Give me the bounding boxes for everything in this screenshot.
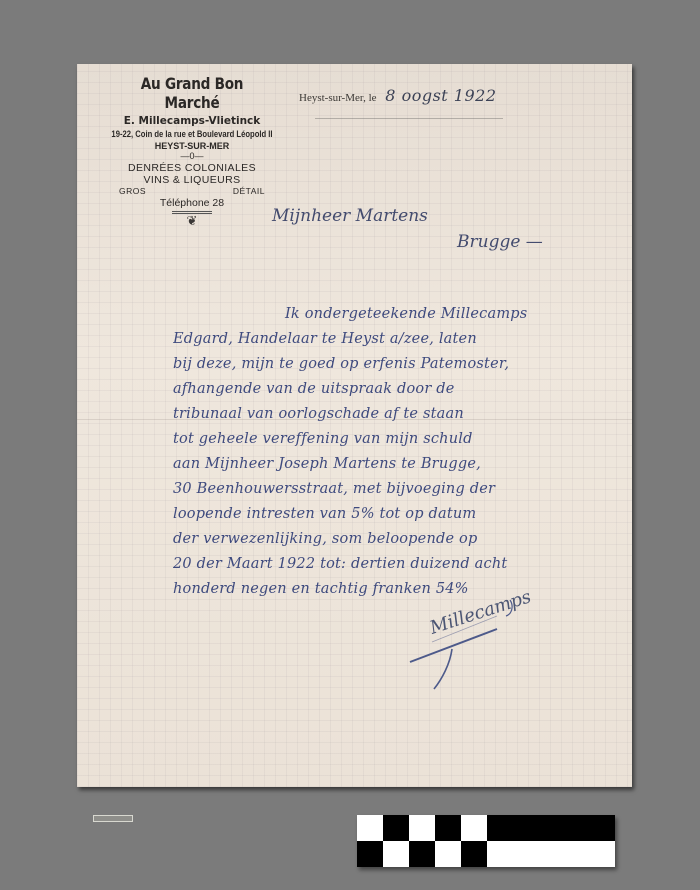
letterhead-separator: —0—	[97, 151, 287, 161]
body-line: loopende intresten van 5% tot op datum	[173, 502, 628, 527]
letterhead-sales-row: GROS DÉTAIL	[97, 186, 287, 196]
letter-document: Au Grand Bon Marché E. Millecamps-Vlieti…	[77, 64, 632, 787]
scale-cell	[435, 815, 461, 841]
letterhead-title: Au Grand Bon Marché	[111, 74, 273, 112]
scale-cell	[409, 841, 435, 867]
recipient-salutation: Mijnheer Martens	[272, 206, 428, 226]
recipient-city: Brugge —	[457, 232, 543, 252]
reference-label	[93, 815, 133, 822]
body-line: Edgard, Handelaar te Heyst a/zee, laten	[173, 327, 628, 352]
signature: Millecamps	[402, 594, 522, 694]
body-line: 30 Beenhouwersstraat, met bijvoeging der	[173, 477, 628, 502]
letterhead-retail-label: DÉTAIL	[233, 186, 265, 196]
body-line: afhangende van de uitspraak door de	[173, 377, 628, 402]
color-scale-bar	[357, 815, 615, 867]
body-line: aan Mijnheer Joseph Martens te Brugge,	[173, 452, 628, 477]
scale-cell	[357, 815, 383, 841]
scale-cell	[461, 841, 487, 867]
letterhead-wholesale-label: GROS	[119, 186, 146, 196]
body-line: Ik ondergeteekende Millecamps	[173, 302, 628, 327]
letterhead-city: HEYST-SUR-MER	[97, 141, 287, 151]
scale-cell	[487, 815, 615, 841]
body-line: tot geheele vereffening van mijn schuld	[173, 427, 628, 452]
scale-cell	[383, 841, 409, 867]
scale-cell	[487, 841, 615, 867]
letterhead-owner: E. Millecamps-Vlietinck	[97, 115, 287, 127]
letter-body: Ik ondergeteekende Millecamps Edgard, Ha…	[173, 302, 628, 602]
dateline-rule	[315, 118, 503, 119]
body-line: bij deze, mijn te goed op erfenis Patemo…	[173, 352, 628, 377]
dateline-place: Heyst-sur-Mer, le	[299, 92, 377, 104]
letterhead-goods-line2: VINS & LIQUEURS	[97, 174, 287, 186]
body-line: tribunaal van oorlogschade af te staan	[173, 402, 628, 427]
scale-cell	[357, 841, 383, 867]
dateline-date: 8 oogst 1922	[385, 86, 496, 105]
dateline: Heyst-sur-Mer, le 8 oogst 1922	[299, 86, 629, 105]
letterhead: Au Grand Bon Marché E. Millecamps-Vlieti…	[97, 74, 287, 227]
ornament-icon: ❦	[97, 214, 287, 227]
letterhead-phone: Téléphone 28	[97, 197, 287, 209]
scale-cell	[435, 841, 461, 867]
scale-cell	[409, 815, 435, 841]
letterhead-goods-line1: DENRÉES COLONIALES	[97, 162, 287, 174]
letterhead-address: 19-22, Coin de la rue et Boulevard Léopo…	[111, 129, 273, 139]
body-line: honderd negen en tachtig franken 54%	[173, 577, 628, 602]
body-line: 20 der Maart 1922 tot: dertien duizend a…	[173, 552, 628, 577]
body-line: der verwezenlijking, som beloopende op	[173, 527, 628, 552]
scale-cell	[461, 815, 487, 841]
scale-cell	[383, 815, 409, 841]
